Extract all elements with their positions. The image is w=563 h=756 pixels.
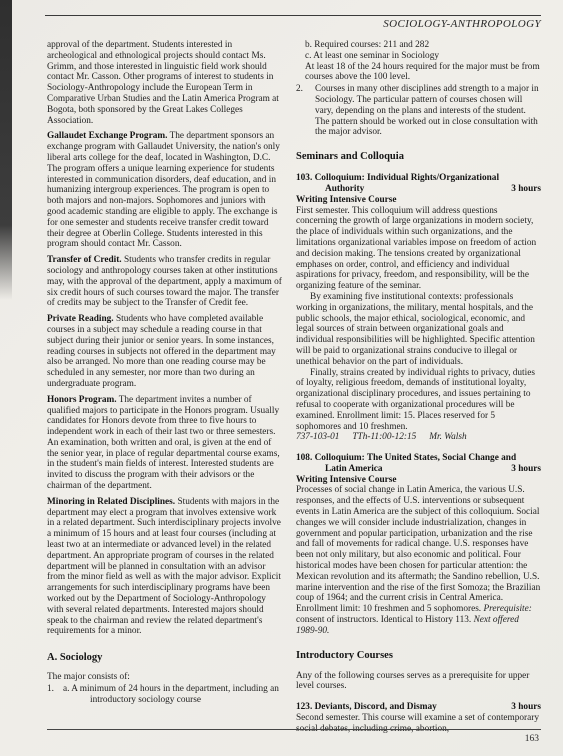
course-description-text: Processes of social change in Latin Amer… xyxy=(296,485,540,614)
page-header-title: SOCIOLOGY-ANTHROPOLOGY xyxy=(383,18,541,30)
paragraph-gallaudet-exchange: Gallaudet Exchange Program. The departme… xyxy=(47,131,284,250)
list-item-2: 2. Courses in many other disciplines add… xyxy=(296,84,541,138)
course-title-line1: 103. Colloquium: Individual Rights/Organ… xyxy=(296,173,541,184)
page-number: 163 xyxy=(525,734,539,744)
paragraph-lead: Private Reading. xyxy=(47,314,114,324)
paragraph-lead: Minoring in Related Disciplines. xyxy=(47,497,175,507)
paragraph-honors-program: Honors Program. The department invites a… xyxy=(47,395,284,492)
major-intro-text: The major consists of: xyxy=(47,672,284,683)
paragraph-lead: Transfer of Credit. xyxy=(47,255,122,265)
writing-intensive-label: Writing Intensive Course xyxy=(296,195,541,206)
course-hours: 3 hours xyxy=(511,184,541,195)
course-title-continuation: Latin America xyxy=(296,464,383,475)
list-item-1: 1. a. A minimum of 24 hours in the depar… xyxy=(47,684,284,706)
section-heading-seminars: Seminars and Colloquia xyxy=(296,151,541,163)
paragraph-text: Students with majors in the department m… xyxy=(47,497,281,637)
course-meeting-time: TTh-11:00-12:15 xyxy=(352,432,416,443)
course-title-line2: Latin America 3 hours xyxy=(296,464,541,475)
course-title: 123. Deviants, Discord, and Dismay xyxy=(296,702,437,713)
course-title-line1: 108. Colloquium: The United States, Soci… xyxy=(296,453,541,464)
paragraph-transfer-of-credit: Transfer of Credit. Students who transfe… xyxy=(47,255,284,309)
list-item-2-text: Courses in many other disciplines add st… xyxy=(315,84,541,138)
paragraph-text: Students who have completed available co… xyxy=(47,314,276,389)
paragraph-department-approval: approval of the department. Students int… xyxy=(47,40,284,126)
scan-edge-artifact xyxy=(0,0,12,300)
paragraph-private-reading: Private Reading. Students who have compl… xyxy=(47,314,284,390)
course-108: 108. Colloquium: The United States, Soci… xyxy=(296,453,541,637)
left-column: approval of the department. Students int… xyxy=(47,40,284,706)
course-section-code: 737-103-01 xyxy=(296,432,339,443)
course-title-line: 123. Deviants, Discord, and Dismay 3 hou… xyxy=(296,702,541,713)
section-heading-introductory: Introductory Courses xyxy=(296,650,541,662)
section-heading-sociology: A. Sociology xyxy=(47,652,284,664)
course-description-paragraph: Processes of social change in Latin Amer… xyxy=(296,485,541,636)
prerequisite-label: Prerequisite: xyxy=(483,604,531,614)
list-number: 1. xyxy=(47,684,63,706)
course-description-paragraph: First semester. This colloquium will add… xyxy=(296,206,541,292)
paragraph-text: The department invites a number of quali… xyxy=(47,395,280,491)
paragraph-text: The department sponsors an exchange prog… xyxy=(47,131,280,249)
introductory-note: Any of the following courses serves as a… xyxy=(296,671,541,693)
course-schedule-line: 737-103-01 TTh-11:00-12:15 Mr. Walsh xyxy=(296,432,541,443)
header-rule xyxy=(45,15,541,16)
course-title-continuation: Authority xyxy=(296,184,364,195)
list-item-1a-text: a. A minimum of 24 hours in the departme… xyxy=(63,684,284,706)
course-description-paragraph: Second semester. This course will examin… xyxy=(296,713,541,735)
writing-intensive-label: Writing Intensive Course xyxy=(296,475,541,486)
list-number: 2. xyxy=(296,84,315,138)
paragraph-lead: Honors Program. xyxy=(47,395,117,405)
course-hours: 3 hours xyxy=(511,702,541,713)
paragraph-lead: Gallaudet Exchange Program. xyxy=(47,131,167,141)
requirement-note: At least 18 of the 24 hours required for… xyxy=(296,62,541,84)
course-title-line2: Authority 3 hours xyxy=(296,184,541,195)
list-item-c: c. At least one seminar in Sociology xyxy=(296,51,541,62)
course-instructor: Mr. Walsh xyxy=(429,432,466,443)
course-description-text: consent of instructors. Identical to His… xyxy=(296,615,471,625)
catalog-page: SOCIOLOGY-ANTHROPOLOGY approval of the d… xyxy=(0,0,563,756)
paragraph-minoring-related: Minoring in Related Disciplines. Student… xyxy=(47,497,284,637)
course-hours: 3 hours xyxy=(511,464,541,475)
course-description-paragraph: Finally, strains created by individual r… xyxy=(296,368,541,433)
course-description-paragraph: By examining five institutional contexts… xyxy=(296,292,541,368)
right-column: b. Required courses: 211 and 282 c. At l… xyxy=(296,40,541,735)
course-103: 103. Colloquium: Individual Rights/Organ… xyxy=(296,173,541,443)
footer-rule xyxy=(47,729,541,730)
list-item-b: b. Required courses: 211 and 282 xyxy=(296,40,541,51)
